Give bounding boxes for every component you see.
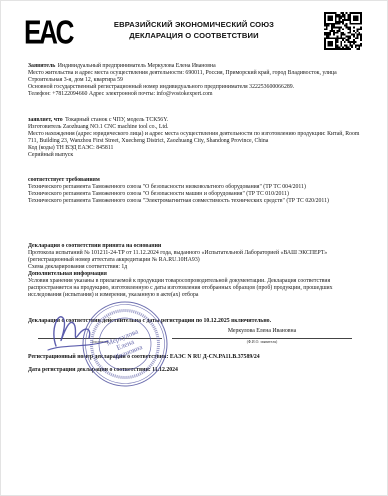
regulation-item: Технического регламента Таможенного союз…	[28, 184, 360, 191]
applicant-ogrnip: Основной государственный регистрационный…	[28, 84, 360, 91]
applicant-address: Место жительства и адрес места осуществл…	[28, 70, 360, 84]
applicant-label: Заявитель	[28, 63, 55, 69]
additional-info-section: Дополнительная информация Условия хранен…	[28, 271, 360, 299]
name-line	[172, 338, 352, 339]
validity-statement: Декларация о соответствии действительна …	[28, 318, 360, 325]
basis-section: Декларация о соответствии принята на осн…	[28, 243, 360, 271]
manufacturer-line: Изготовитель Zaozhuang NO.1 CNC machine …	[28, 124, 360, 131]
registration-number: ЕАЭС N RU Д-CN.РА11.В.37589/24	[170, 354, 260, 360]
round-stamp: Меркулова Елена Ивановна	[80, 299, 170, 389]
declares-line: заявляет, что Токарный станок с ЧПУ, мод…	[28, 117, 360, 124]
registration-number-label: Регистрационный номер декларации о соотв…	[28, 354, 168, 360]
applicant-contacts: Телефон: +78122094660 Адрес электронной …	[28, 91, 360, 98]
title-union: ЕВРАЗИЙСКИЙ ЭКОНОМИЧЕСКИЙ СОЮЗ	[70, 19, 318, 30]
regulation-item: Технического регламента Таможенного союз…	[28, 191, 360, 198]
applicant-name: Индивидуальный предприниматель Меркулова…	[58, 63, 216, 69]
validity-text: Декларация о соответствии действительна …	[28, 318, 360, 325]
basis-label: Декларация о соответствии принята на осн…	[28, 243, 360, 250]
manufacturer-address: Место нахождения (адрес юридического лиц…	[28, 131, 360, 145]
declaration-document: EAC ЕВРАЗИЙСКИЙ ЭКОНОМИЧЕСКИЙ СОЮЗ ДЕКЛА…	[0, 0, 388, 496]
signature-caption: (подпись)	[38, 340, 162, 344]
title-declaration: ДЕКЛАРАЦИЯ О СООТВЕТСТВИИ	[70, 30, 318, 41]
registration-date: 11.12.2024	[152, 367, 178, 373]
compliance-label: соответствует требованиям	[28, 177, 360, 184]
applicant-section: Заявитель Индивидуальный предприниматель…	[28, 63, 360, 98]
additional-info-label: Дополнительная информация	[28, 271, 360, 278]
declaration-scheme: Схема декларирования соответствия: 1д	[28, 264, 360, 271]
stamp-inner-ring	[99, 318, 151, 370]
product-name: Токарный станок с ЧПУ, модель TCK56Y.	[65, 117, 168, 123]
document-title: ЕВРАЗИЙСКИЙ ЭКОНОМИЧЕСКИЙ СОЮЗ ДЕКЛАРАЦИ…	[70, 19, 318, 41]
release-type: Серийный выпуск	[28, 152, 360, 159]
product-section: заявляет, что Токарный станок с ЧПУ, мод…	[28, 117, 360, 159]
applicant-line: Заявитель Индивидуальный предприниматель…	[28, 63, 360, 70]
registration-date-label: Дата регистрации декларации о соответств…	[28, 367, 151, 373]
compliance-section: соответствует требованиям Технического р…	[28, 177, 360, 205]
additional-info-text: Условия хранения указаны в прилагаемой к…	[28, 278, 360, 299]
regulation-item: Технического регламента Таможенного союз…	[28, 198, 360, 205]
tnved-code: Код (коды) ТН ВЭД ЕАЭС: 845811	[28, 145, 360, 152]
name-caption: (Ф.И.О. заявителя)	[172, 340, 352, 344]
eac-logo: EAC	[24, 12, 57, 54]
declares-label: заявляет, что	[28, 117, 63, 123]
qr-code	[324, 12, 362, 50]
registration-number-line: Регистрационный номер декларации о соотв…	[28, 354, 360, 361]
registration-date-line: Дата регистрации декларации о соответств…	[28, 367, 360, 374]
handwritten-signature	[46, 306, 124, 358]
applicant-signature-name: Меркулова Елена Ивановна	[172, 328, 352, 334]
signature-line	[38, 338, 162, 339]
test-protocol: Протокола испытаний № 101211-24-ТР от 11…	[28, 250, 360, 264]
